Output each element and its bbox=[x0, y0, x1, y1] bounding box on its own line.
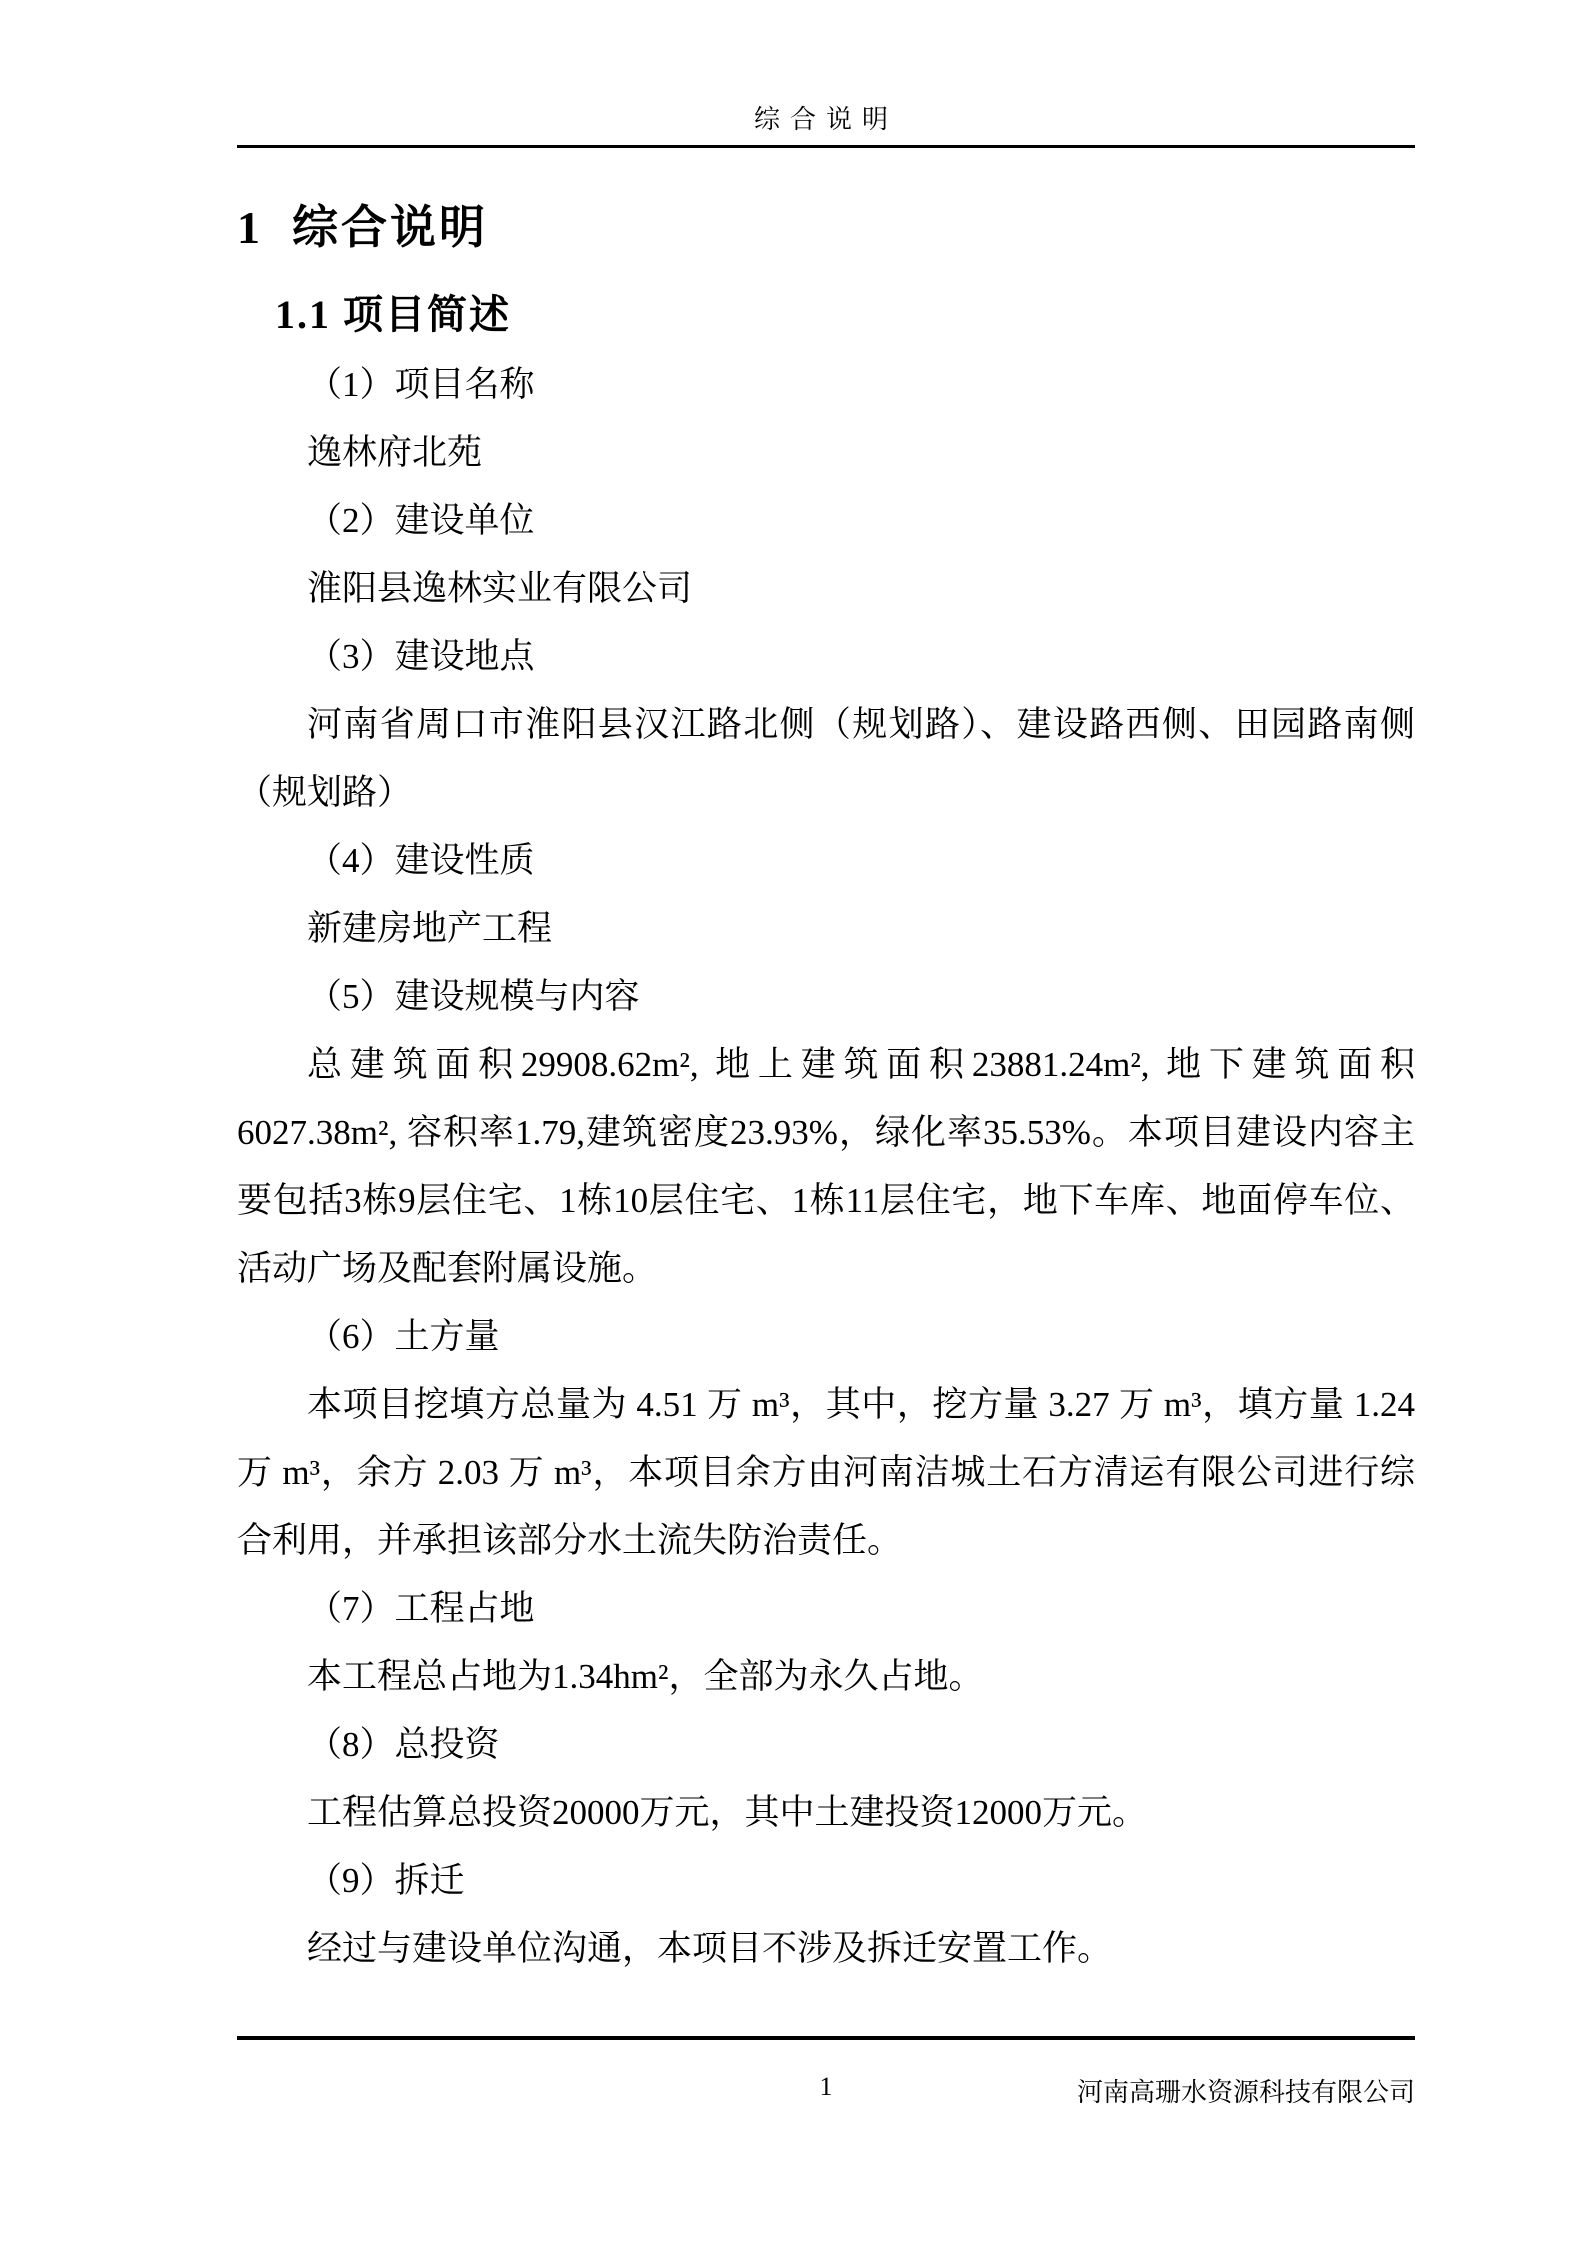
paragraph: 经过与建设单位沟通，本项目不涉及拆迁安置工作。 bbox=[237, 1915, 1415, 1983]
footer-company: 河南高珊水资源科技有限公司 bbox=[1077, 2072, 1415, 2109]
document-page: 综合说明 1 综合说明 1.1 项目简述 （1）项目名称 逸林府北苑 （2）建设… bbox=[0, 0, 1587, 2245]
paragraph: 总建筑面积29908.62m², 地上建筑面积23881.24m², 地下建筑面… bbox=[237, 1031, 1415, 1303]
paragraph: 逸林府北苑 bbox=[237, 419, 1415, 487]
paragraph: （7）工程占地 bbox=[237, 1575, 1415, 1643]
paragraph: （8）总投资 bbox=[237, 1711, 1415, 1779]
paragraph: （1）项目名称 bbox=[237, 351, 1415, 419]
paragraph-list: （1）项目名称 逸林府北苑 （2）建设单位 淮阳县逸林实业有限公司 （3）建设地… bbox=[237, 351, 1415, 1983]
paragraph: 本工程总占地为1.34hm²，全部为永久占地。 bbox=[237, 1643, 1415, 1711]
header-title: 综合说明 bbox=[237, 0, 1415, 136]
header-rule bbox=[237, 145, 1415, 148]
subsection-heading: 1.1 项目简述 bbox=[275, 291, 1415, 339]
paragraph: （5）建设规模与内容 bbox=[237, 963, 1415, 1031]
paragraph: 淮阳县逸林实业有限公司 bbox=[237, 555, 1415, 623]
paragraph: 河南省周口市淮阳县汉江路北侧（规划路）、建设路西侧、田园路南侧（规划路） bbox=[237, 691, 1415, 827]
paragraph: （6）土方量 bbox=[237, 1303, 1415, 1371]
document-body: 1 综合说明 1.1 项目简述 （1）项目名称 逸林府北苑 （2）建设单位 淮阳… bbox=[237, 150, 1415, 1983]
paragraph: 工程估算总投资20000万元，其中土建投资12000万元。 bbox=[237, 1779, 1415, 1847]
paragraph: 新建房地产工程 bbox=[237, 895, 1415, 963]
page-footer: 1 河南高珊水资源科技有限公司 bbox=[237, 2036, 1415, 2160]
paragraph: （3）建设地点 bbox=[237, 623, 1415, 691]
section-heading: 1 综合说明 bbox=[237, 200, 1415, 255]
paragraph: （2）建设单位 bbox=[237, 487, 1415, 555]
paragraph: （4）建设性质 bbox=[237, 827, 1415, 895]
page-header: 综合说明 bbox=[237, 0, 1415, 148]
paragraph: （9）拆迁 bbox=[237, 1847, 1415, 1915]
paragraph: 本项目挖填方总量为 4.51 万 m³，其中，挖方量 3.27 万 m³，填方量… bbox=[237, 1371, 1415, 1575]
